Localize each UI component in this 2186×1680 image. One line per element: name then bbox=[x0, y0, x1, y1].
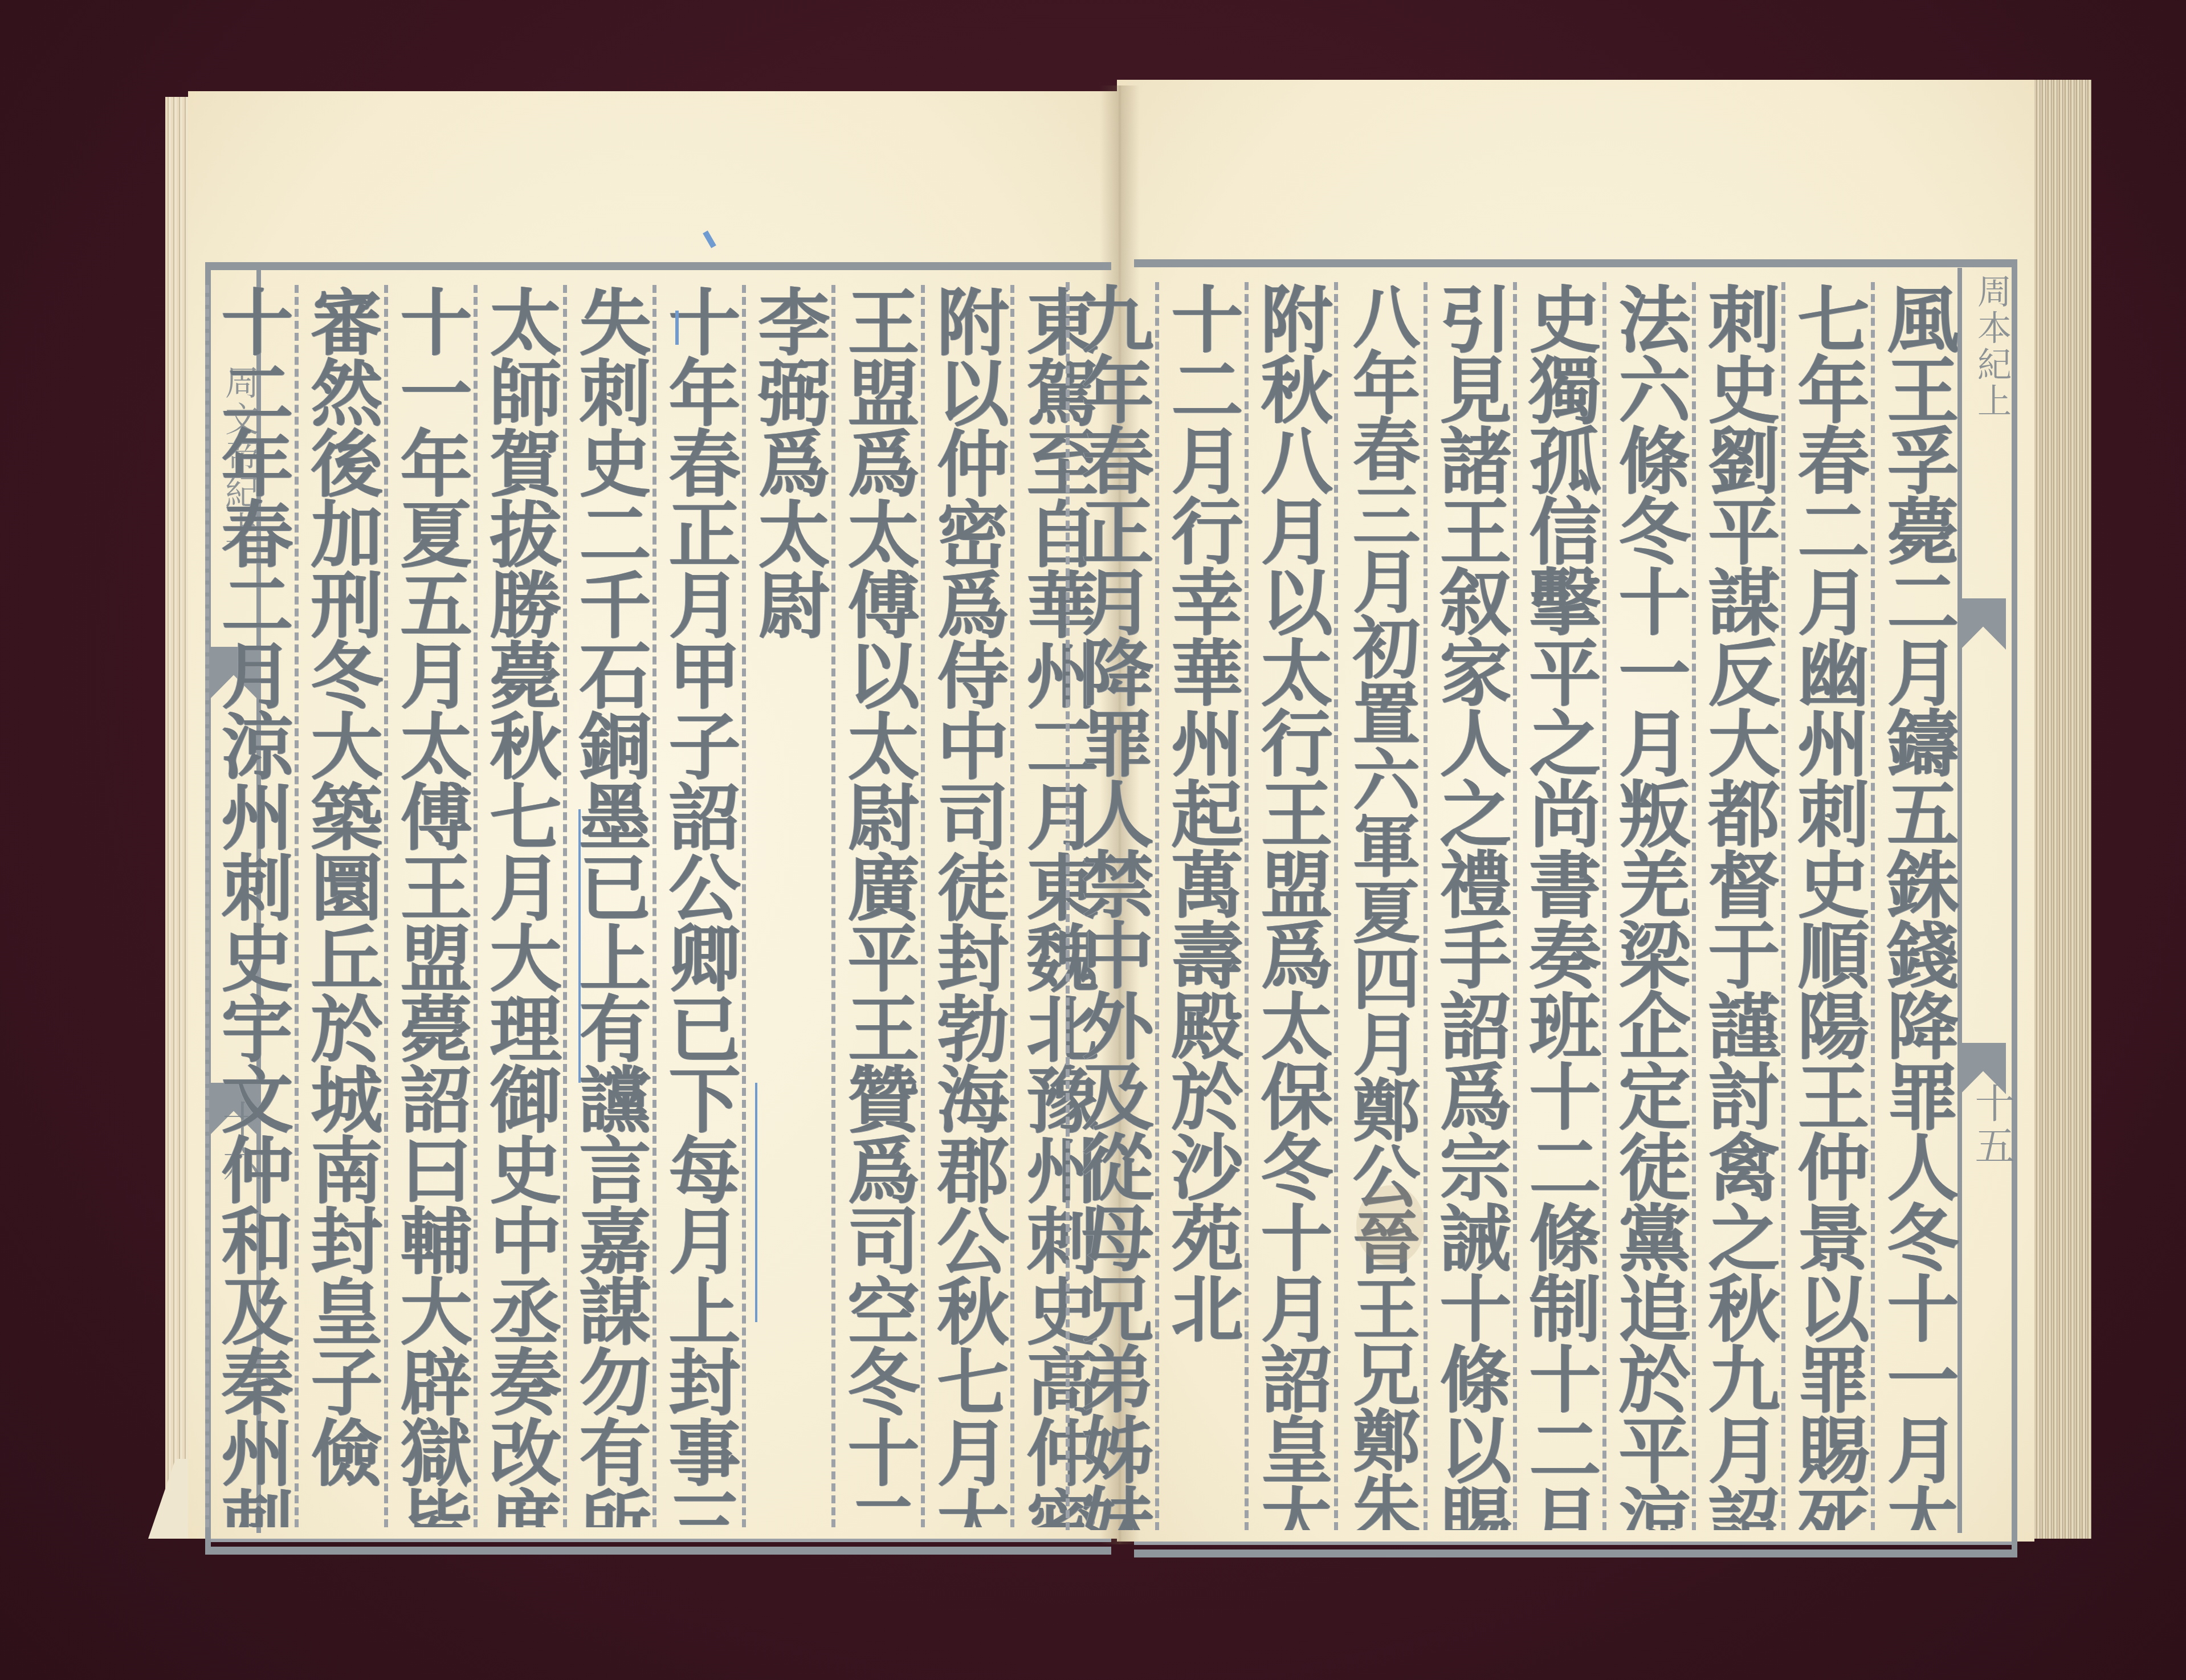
text-column: 失刺史二千石銅墨已上有讜言嘉謀勿有所諱夏五月 bbox=[563, 285, 652, 1527]
column-text: 王盟爲太傅以太尉廣平王贊爲司空冬十二月以司空 bbox=[835, 285, 921, 1527]
column-text: 十二年春二月涼州刺史宇文仲和及秦州刺史獨孤信 bbox=[209, 285, 295, 1527]
text-column: 王盟爲太傅以太尉廣平王贊爲司空冬十二月以司空 bbox=[831, 285, 921, 1527]
column-text: 李弼爲太尉 bbox=[746, 285, 831, 1527]
column-text: 引見諸王叙家人之禮手詔爲宗誡十條以賜之 bbox=[1428, 282, 1513, 1530]
column-text: 附以仲密爲侍中司徒封勃海郡公秋七月大赦以太保 bbox=[925, 285, 1010, 1527]
column-text: 太師賀拔勝薨秋七月大理御史中丞奏改度量 bbox=[478, 285, 563, 1527]
text-column: 十二年春二月涼州刺史宇文仲和及秦州刺史獨孤信 bbox=[205, 285, 295, 1527]
text-column: 史獨孤信擊平之尚書奏班十二條制十二月御憑雲觀 bbox=[1513, 282, 1602, 1530]
blue-annotation-line bbox=[755, 1083, 757, 1322]
text-column: 十二月行幸華州起萬壽殿於沙苑北 bbox=[1155, 282, 1245, 1530]
text-column: 附以仲密爲侍中司徒封勃海郡公秋七月大赦以太保 bbox=[921, 285, 1010, 1527]
text-column: 九年春正月降罪人禁中外及從母兄弟姊妹爲婚三月 bbox=[1066, 282, 1155, 1530]
text-column: 引見諸王叙家人之禮手詔爲宗誡十條以賜之 bbox=[1424, 282, 1513, 1530]
blue-annotation-mark bbox=[675, 311, 679, 345]
column-text: 附秋八月以太行王盟爲太保冬十月詔皇太子鎮河東 bbox=[1249, 282, 1334, 1530]
text-column: 風王孚薨二月鑄五銖錢降罪人冬十一月太師念賢薨 bbox=[1871, 282, 1960, 1530]
text-column: 七年春二月幽州刺史順陽王仲景以罪賜死三月夏州 bbox=[1781, 282, 1871, 1530]
text-column: 刺史劉平謀反大都督于謹討禽之秋九月詔班政事之 bbox=[1692, 282, 1781, 1530]
text-column: 十一年夏五月太傅王盟薨詔曰輔大辟獄皆命三公覆 bbox=[384, 285, 474, 1527]
text-column: 法六條冬十一月叛羌梁企定徒黨追於平涼城秦州刺 bbox=[1602, 282, 1692, 1530]
right-page-stack-edge bbox=[2029, 80, 2091, 1539]
column-text: 八年春三月初置六軍夏四月鄭公晉王兄鄭朱爲軍衆內 bbox=[1338, 282, 1424, 1530]
blue-annotation-line bbox=[578, 809, 581, 1083]
text-column: 八年春三月初置六軍夏四月鄭公晉王兄鄭朱爲軍衆內 bbox=[1334, 282, 1424, 1530]
text-column: 附秋八月以太行王盟爲太保冬十月詔皇太子鎮河東 bbox=[1245, 282, 1334, 1530]
right-folio-number: 十五 bbox=[1960, 1083, 2012, 1167]
text-column: 太師賀拔勝薨秋七月大理御史中丞奏改度量 bbox=[474, 285, 563, 1527]
right-banxin-title: 周本紀上 bbox=[1960, 274, 2012, 419]
column-text: 七年春二月幽州刺史順陽王仲景以罪賜死三月夏州 bbox=[1785, 282, 1871, 1530]
column-text: 風王孚薨二月鑄五銖錢降罪人冬十一月太師念賢薨 bbox=[1875, 282, 1960, 1530]
paper-stain bbox=[1356, 1185, 1425, 1265]
column-text: 史獨孤信擊平之尚書奏班十二條制十二月御憑雲觀 bbox=[1517, 282, 1602, 1530]
left-page-text: 東駕至自華州二月東魏北豫州刺史高仲密據武牢內 附以仲密爲侍中司徒封勃海郡公秋七月… bbox=[262, 285, 1100, 1527]
right-page-text: 風王孚薨二月鑄五銖錢降罪人冬十一月太師念賢薨 七年春二月幽州刺史順陽王仲景以罪賜… bbox=[1145, 282, 1960, 1530]
text-column: 十年春正月甲子詔公卿已下每月上封事三條極言得 bbox=[652, 285, 742, 1527]
column-text: 十年春正月甲子詔公卿已下每月上封事三條極言得 bbox=[656, 285, 742, 1527]
column-text: 審然後加刑冬大築圜丘於城南封皇子儉 bbox=[299, 285, 384, 1527]
column-text: 法六條冬十一月叛羌梁企定徒黨追於平涼城秦州刺 bbox=[1606, 282, 1692, 1530]
column-text: 刺史劉平謀反大都督于謹討禽之秋九月詔班政事之 bbox=[1696, 282, 1781, 1530]
text-column: 李弼爲太尉 bbox=[742, 285, 831, 1527]
column-text: 十二月行幸華州起萬壽殿於沙苑北 bbox=[1159, 282, 1245, 1530]
open-book: 周文帝紀上 十六 周本紀上 十五 東駕至自華州二月東魏北豫州刺史高仲密據武牢內 … bbox=[0, 0, 2186, 1680]
column-text: 十一年夏五月太傅王盟薨詔曰輔大辟獄皆命三公覆 bbox=[388, 285, 474, 1527]
text-column: 審然後加刑冬大築圜丘於城南封皇子儉 bbox=[295, 285, 384, 1527]
column-text: 九年春正月降罪人禁中外及從母兄弟姊妹爲婚三月 bbox=[1070, 282, 1155, 1530]
